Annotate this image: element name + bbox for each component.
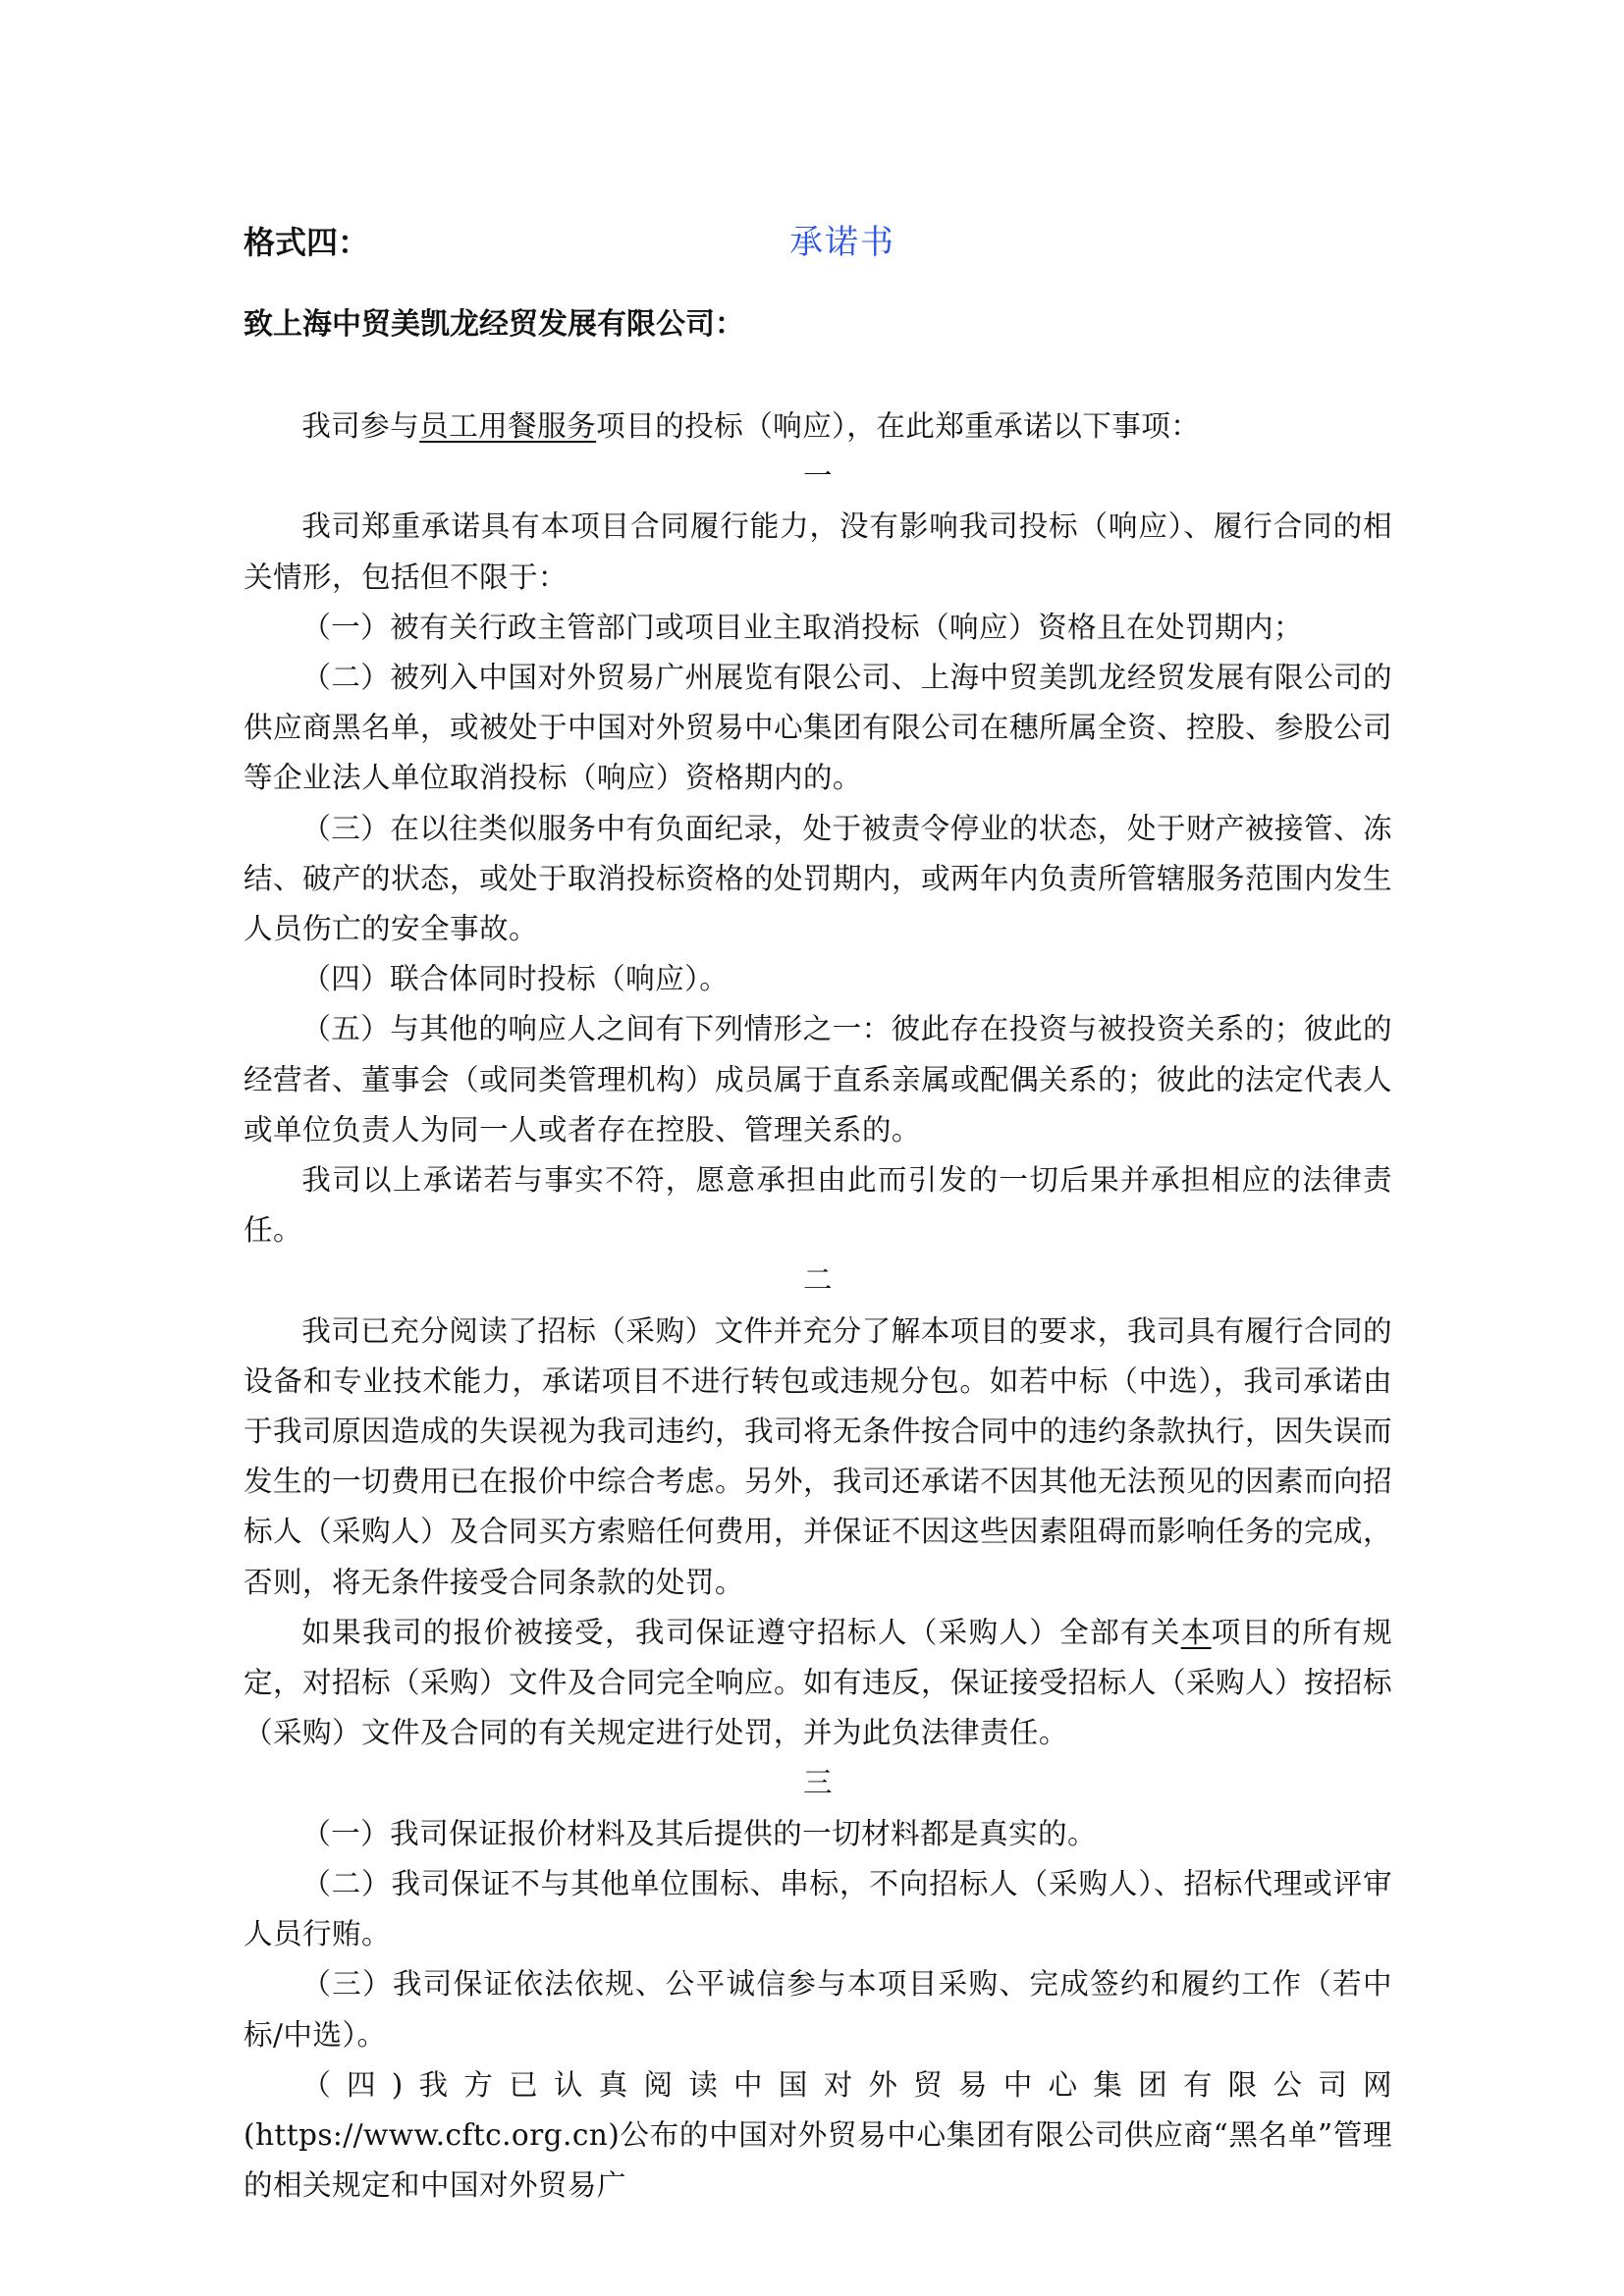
paragraph: 我司郑重承诺具有本项目合同履行能力，没有影响我司投标（响应）、履行合同的相关情形… [244,502,1392,602]
section-number-1: 一 [244,452,1392,502]
list-item-3-2: （二）我司保证不与其他单位围标、串标，不向招标人（采购人）、招标代理或评审人员行… [244,1859,1392,1959]
section-number-2: 二 [244,1255,1392,1306]
list-item-3-3: （三）我司保证依法依规、公平诚信参与本项目采购、完成签约和履约工作（若中标/中选… [244,1959,1392,2059]
recipient-line: 致上海中贸美凯龙经贸发展有限公司： [244,300,744,349]
list-item-3-4: （四)我方已认真阅读中国对外贸易中心集团有限公司网(https://www.cf… [244,2060,1392,2212]
list-item-3-1: （一）我司保证报价材料及其后提供的一切材料都是真实的。 [244,1809,1392,1859]
document-header: 格式四： 承诺书 [244,218,1392,267]
document-title: 承诺书 [789,218,895,267]
paragraph: 我司以上承诺若与事实不符，愿意承担由此而引发的一切后果并承担相应的法律责任。 [244,1155,1392,1255]
document-body: 我司参与员工用餐服务项目的投标（响应），在此郑重承诺以下事项： 一 我司郑重承诺… [244,401,1392,2211]
intro-text-before: 我司参与 [301,409,419,443]
format-label: 格式四： [244,218,369,267]
compliance-text-before: 如果我司的报价被接受，我司保证遵守招标人（采购人）全部有关 [301,1616,1181,1649]
intro-text-after: 项目的投标（响应），在此郑重承诺以下事项： [596,409,1200,443]
list-item-1-1: （一）被有关行政主管部门或项目业主取消投标（响应）资格且在处罚期内； [244,603,1392,653]
compliance-paragraph: 如果我司的报价被接受，我司保证遵守招标人（采购人）全部有关本项目的所有规定，对招… [244,1608,1392,1759]
intro-paragraph: 我司参与员工用餐服务项目的投标（响应），在此郑重承诺以下事项： [244,401,1392,452]
list-item-1-3: （三）在以往类似服务中有负面纪录，处于被责令停业的状态，处于财产被接管、冻结、破… [244,804,1392,955]
list-item-1-4: （四）联合体同时投标（响应）。 [244,954,1392,1004]
list-item-1-5: （五）与其他的响应人之间有下列情形之一：彼此存在投资与被投资关系的；彼此的经营者… [244,1004,1392,1155]
section-number-3: 三 [244,1758,1392,1808]
underlined-word: 本 [1181,1616,1212,1649]
project-name: 员工用餐服务 [419,409,596,443]
paragraph: 我司已充分阅读了招标（采购）文件并充分了解本项目的要求，我司具有履行合同的设备和… [244,1307,1392,1608]
list-item-1-2: （二）被列入中国对外贸易广州展览有限公司、上海中贸美凯龙经贸发展有限公司的供应商… [244,653,1392,804]
